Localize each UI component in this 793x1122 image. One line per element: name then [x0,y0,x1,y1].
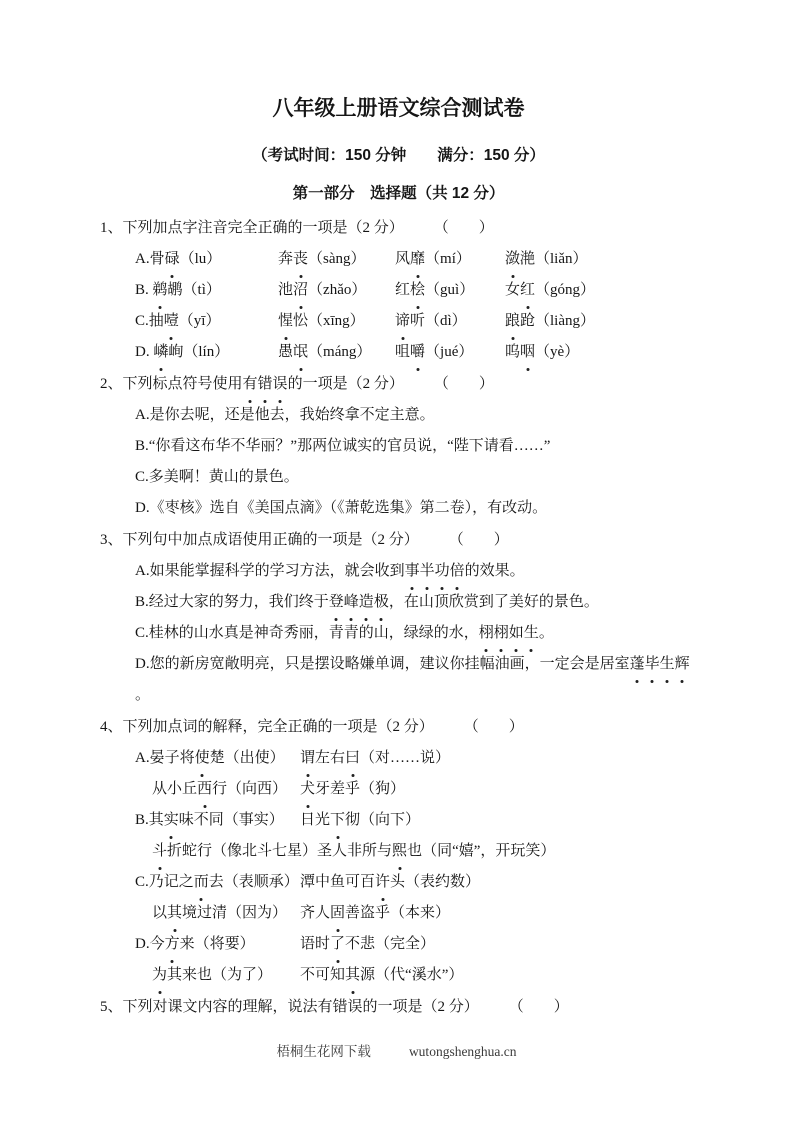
definition-item: 以其境过清（因为） [152,898,300,929]
word-item: 池沼（zhǎo） [278,275,395,306]
question-3-title: 3、下列句中加点成语使用正确的一项是（2 分） （ ） [100,525,697,556]
question-1-row-d: D. 嶙峋（lín） 愚氓（máng） 咀嚼（jué） 呜咽（yè） [100,337,697,368]
word-item: B. 鹈鹕（tì） [135,275,278,306]
definition-row: C.乃记之而去（表顺承） 潭中鱼可百许头（表约数） [100,867,697,898]
definition-item: 齐人固善盗乎（本来） [300,898,450,929]
option-line: D.《枣核》选自《美国点滴》（《萧乾选集》第二卷），有改动。 [100,493,697,524]
page-footer: 梧桐生花网下载wutongshenghua.cn [0,1040,793,1060]
section-heading: 第一部分 选择题（共 12 分） [100,181,697,203]
footer-site-name: 梧桐生花网下载 [276,1044,371,1059]
option-line: D.您的新房宽敞明亮，只是摆设略嫌单调，建议你挂幅油画，一定会是居室蓬毕生辉。 [100,649,697,711]
question-1-row-b: B. 鹈鹕（tì） 池沼（zhǎo） 红桧（guì） 女红（góng） [100,275,697,306]
word-item: 风靡（mí） [395,244,505,275]
word-item: 红桧（guì） [395,275,505,306]
question-4-title: 4、下列加点词的解释，完全正确的一项是（2 分） （ ） [100,712,697,743]
question-2-title: 2、下列标点符号使用有错误的一项是（2 分） （ ） [100,369,697,400]
definition-row: B.其实味不同（事实） 日光下彻（向下） [100,805,697,836]
footer-site-url: wutongshenghua.cn [409,1044,517,1059]
option-line: C.多美啊！黄山的景色。 [100,462,697,493]
word-item: 谛听（dì） [395,306,505,337]
question-2: 2、下列标点符号使用有错误的一项是（2 分） （ ） A.是你去呢，还是他去，我… [100,369,697,524]
word-item: A.骨碌（lu） [135,244,278,275]
word-item: 踉跄（liàng） [505,306,697,337]
definition-item: B.其实味不同（事实） [135,805,300,836]
word-item: 咀嚼（jué） [395,337,505,368]
option-line: B.经过大家的努力，我们终于登峰造极，在山顶欣赏到了美好的景色。 [100,587,697,618]
definition-row: 为其来也（为了） 不可知其源（代“溪水”） [100,960,697,991]
option-line: C.桂林的山水真是神奇秀丽，青青的山，绿绿的水，栩栩如生。 [100,618,697,649]
definition-row: A.晏子将使楚（出使） 谓左右曰（对……说） [100,743,697,774]
definition-item: 潭中鱼可百许头（表约数） [300,867,480,898]
definition-row: 以其境过清（因为） 齐人固善盗乎（本来） [100,898,697,929]
option-line: A.是你去呢，还是他去，我始终拿不定主意。 [100,400,697,431]
question-1-title: 1、下列加点字注音完全正确的一项是（2 分） （ ） [100,213,697,244]
definition-item: 谓左右曰（对……说） [300,743,450,774]
option-line: A.如果能掌握科学的学习方法，就会收到事半功倍的效果。 [100,556,697,587]
question-3: 3、下列句中加点成语使用正确的一项是（2 分） （ ） A.如果能掌握科学的学习… [100,525,697,711]
definition-item: 语时了不悲（完全） [300,929,435,960]
question-1: 1、下列加点字注音完全正确的一项是（2 分） （ ） A.骨碌（lu） 奔丧（s… [100,213,697,368]
definition-row: D.今方来（将要） 语时了不悲（完全） [100,929,697,960]
word-item: 潋滟（liǎn） [505,244,697,275]
word-item: 惺忪（xīng） [278,306,395,337]
definition-item: 圣人非所与熙也（同“嬉”，开玩笑） [317,836,555,867]
definition-item: D.今方来（将要） [135,929,300,960]
word-item: 愚氓（máng） [278,337,395,368]
definition-item: A.晏子将使楚（出使） [135,743,300,774]
word-item: 女红（góng） [505,275,697,306]
definition-row: 从小丘西行（向西） 犬牙差乎（狗） [100,774,697,805]
question-5-title: 5、下列对课文内容的理解，说法有错误的一项是（2 分） （ ） [100,992,697,1023]
question-4: 4、下列加点词的解释，完全正确的一项是（2 分） （ ） A.晏子将使楚（出使）… [100,712,697,991]
definition-item: 日光下彻（向下） [300,805,420,836]
definition-item: C.乃记之而去（表顺承） [135,867,300,898]
question-1-row-a: A.骨碌（lu） 奔丧（sàng） 风靡（mí） 潋滟（liǎn） [100,244,697,275]
definition-item: 为其来也（为了） [152,960,300,991]
question-1-row-c: C.抽噎（yī） 惺忪（xīng） 谛听（dì） 踉跄（liàng） [100,306,697,337]
option-line: B.“你看这布华不华丽？”那两位诚实的官员说，“陛下请看……” [100,431,697,462]
definition-item: 从小丘西行（向西） [152,774,300,805]
doc-title: 八年级上册语文综合测试卷 [100,92,697,122]
exam-paper-page: 八年级上册语文综合测试卷 （考试时间：150 分钟 满分：150 分） 第一部分… [0,0,793,1122]
definition-item: 犬牙差乎（狗） [300,774,405,805]
definition-row: 斗折蛇行（像北斗七星） 圣人非所与熙也（同“嬉”，开玩笑） [100,836,697,867]
word-item: D. 嶙峋（lín） [135,337,278,368]
definition-item: 斗折蛇行（像北斗七星） [152,836,317,867]
exam-info: （考试时间：150 分钟 满分：150 分） [100,143,697,165]
word-item: 奔丧（sàng） [278,244,395,275]
question-5: 5、下列对课文内容的理解，说法有错误的一项是（2 分） （ ） [100,992,697,1023]
word-item: C.抽噎（yī） [135,306,278,337]
word-item: 呜咽（yè） [505,337,697,368]
definition-item: 不可知其源（代“溪水”） [300,960,463,991]
